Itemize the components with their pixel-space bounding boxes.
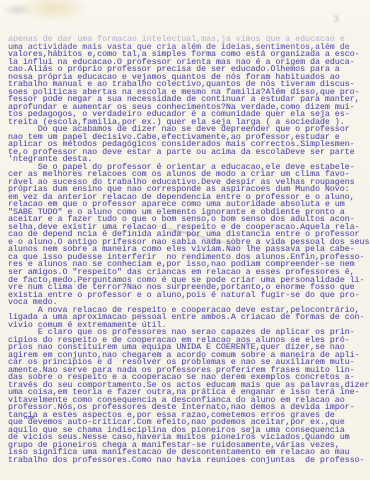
text-line: trabalho dos professores.Como nao havia …	[8, 457, 370, 465]
text-line: existia entre o professor e o aluno,pois…	[8, 292, 370, 300]
typed-insertion-correction: nos	[24, 414, 34, 421]
pencil-smudge	[2, 4, 32, 16]
typewritten-text: apenas de dar uma formacao intelectual,m…	[8, 36, 370, 464]
document-page: 3 apenas de dar uma formacao intelectual…	[0, 0, 370, 480]
page-number: 3	[333, 15, 339, 26]
text-line: uma actividade mais vasta que cria além …	[8, 44, 370, 52]
